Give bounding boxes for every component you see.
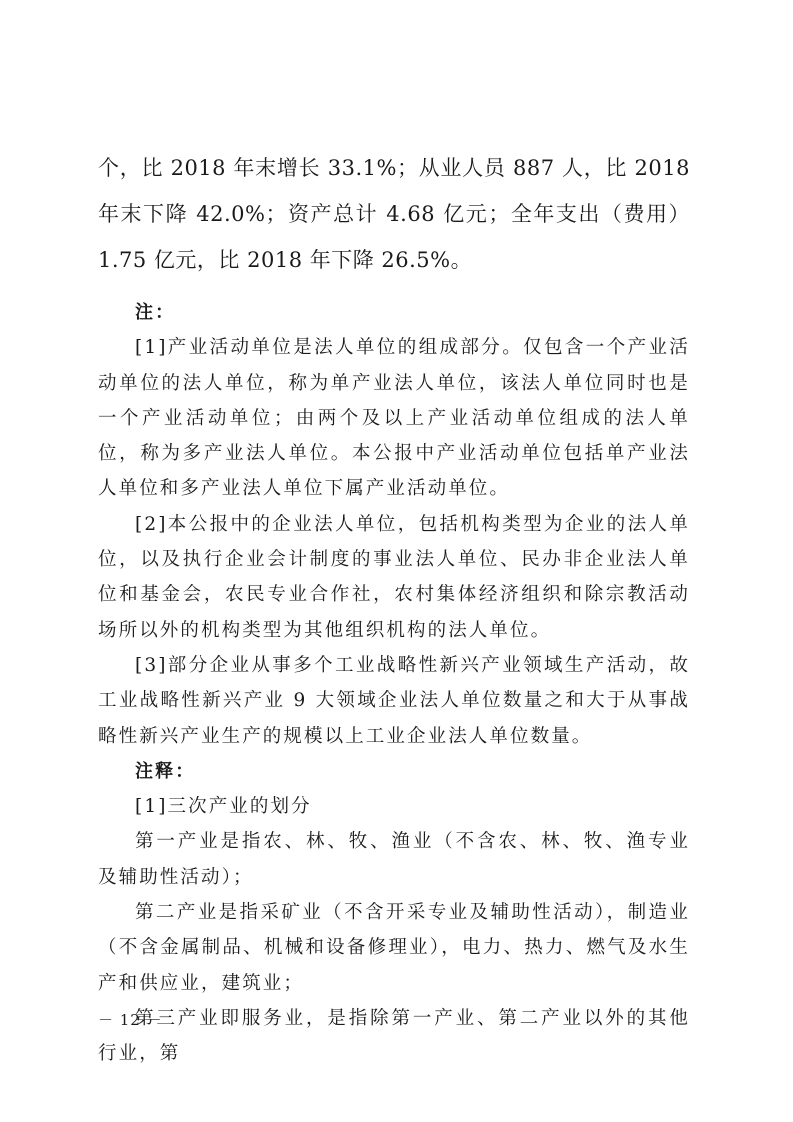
explanation-primary-industry: 第一产业是指农、林、牧、渔业（不含农、林、牧、渔专业及辅助性活动）； [98, 824, 690, 895]
explanation-tertiary-industry: 第三产业即服务业，是指除第一产业、第二产业以外的其他行业，第 [98, 1001, 690, 1072]
intro-section: 个，比 2018 年末增长 33.1%；从业人员 887 人，比 2018 年末… [98, 145, 690, 283]
notes-heading: 注： [98, 295, 690, 330]
notes-section: 注： [1]产业活动单位是法人单位的组成部分。仅包含一个产业活动单位的法人单位，… [98, 295, 690, 1072]
page-number: － 12 － [98, 1009, 163, 1030]
explanation-secondary-industry: 第二产业是指采矿业（不含开采专业及辅助性活动），制造业（不含金属制品、机械和设备… [98, 895, 690, 1001]
explanations-subheading: [1]三次产业的划分 [98, 789, 690, 824]
note-item-3: [3]部分企业从事多个工业战略性新兴产业领域生产活动，故工业战略性新兴产业 9 … [98, 648, 690, 754]
note-item-1: [1]产业活动单位是法人单位的组成部分。仅包含一个产业活动单位的法人单位，称为单… [98, 330, 690, 506]
explanations-heading: 注释： [98, 754, 690, 789]
note-item-2: [2]本公报中的企业法人单位，包括机构类型为企业的法人单位，以及执行企业会计制度… [98, 507, 690, 648]
intro-paragraph: 个，比 2018 年末增长 33.1%；从业人员 887 人，比 2018 年末… [98, 145, 690, 283]
